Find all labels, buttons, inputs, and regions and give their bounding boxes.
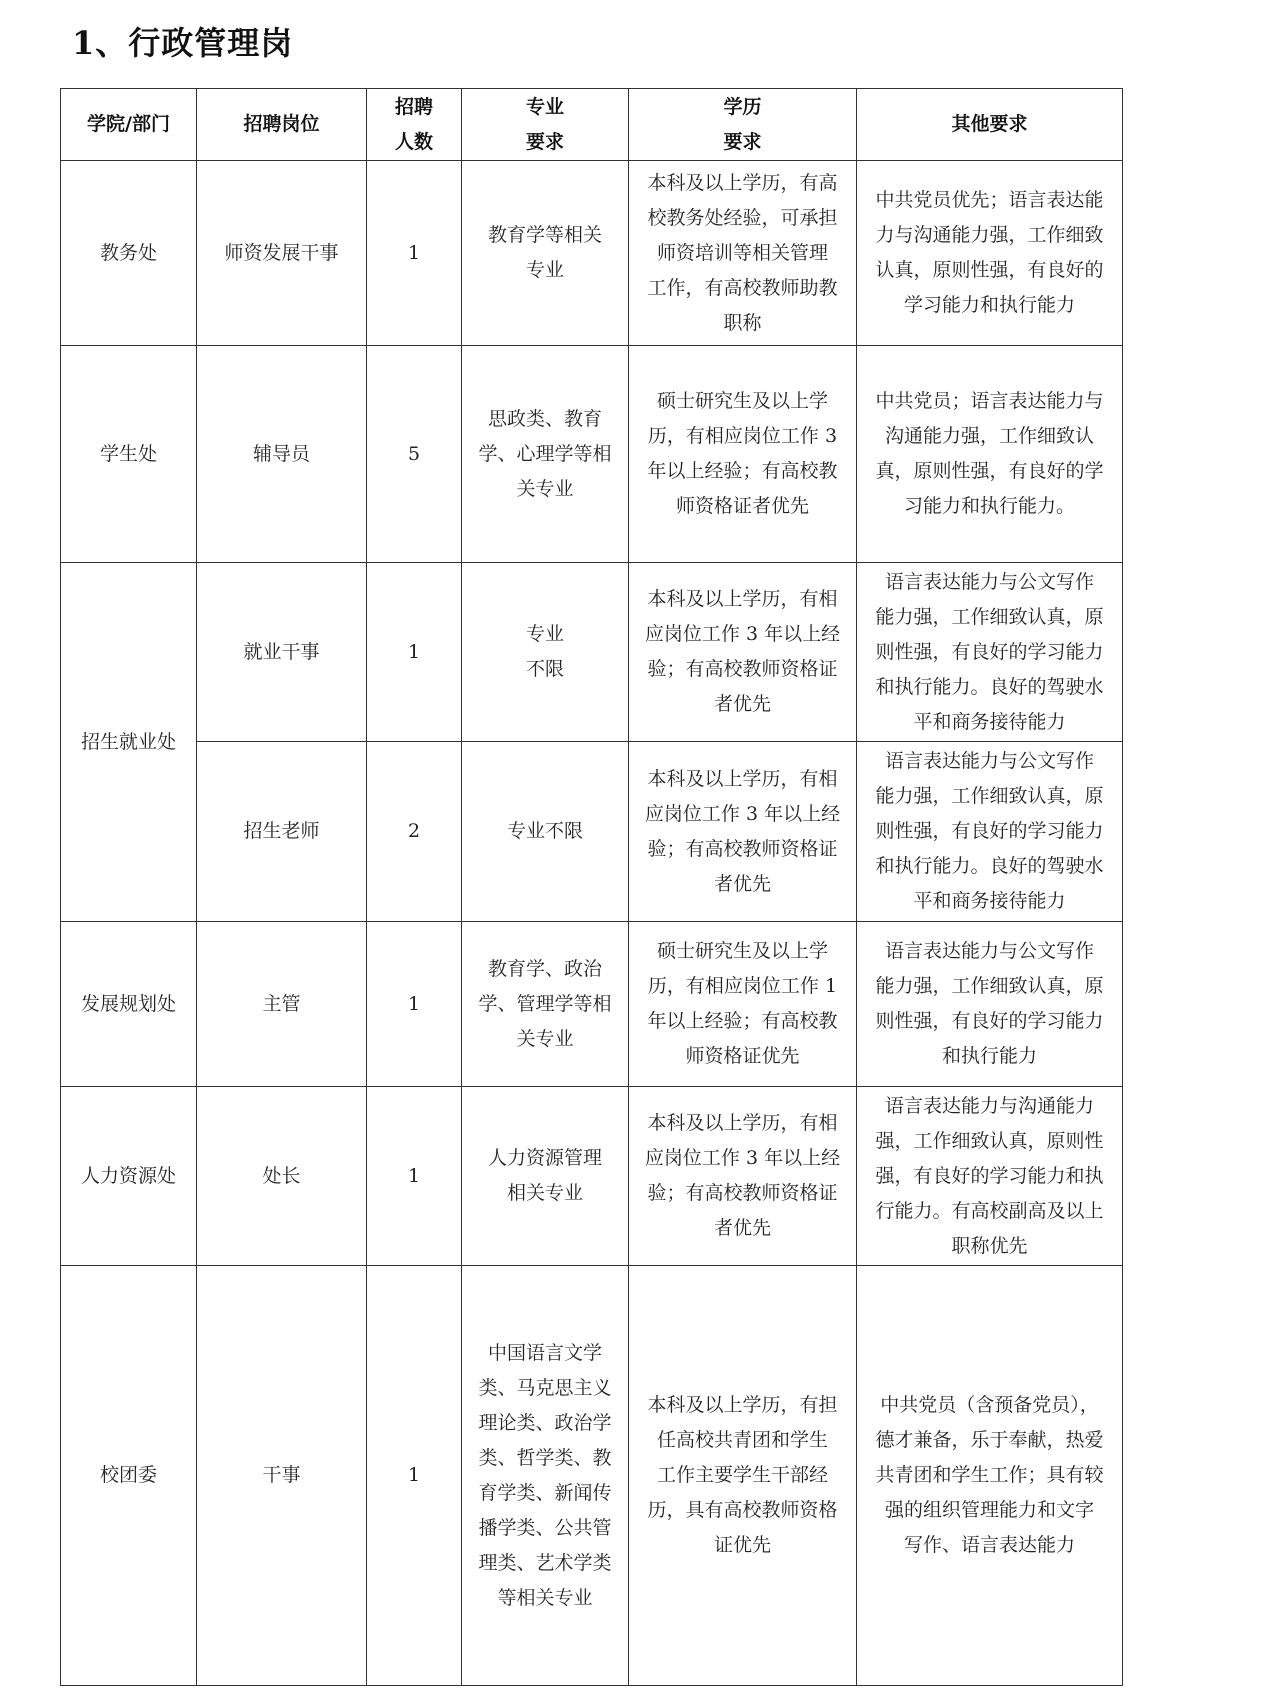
cell-education: 本科及以上学历，有相 应岗位工作 3 年以上经 验；有高校教师资格证 者优先 — [629, 1087, 857, 1266]
cell-count: 2 — [367, 742, 462, 922]
table-row: 发展规划处 主管 1 教育学、政治 学、管理学等相 关专业 硕士研究生及以上学 … — [61, 922, 1123, 1087]
table-row: 人力资源处 处长 1 人力资源管理 相关专业 本科及以上学历，有相 应岗位工作 … — [61, 1087, 1123, 1266]
cell-department: 发展规划处 — [61, 922, 197, 1087]
cell-position: 辅导员 — [197, 346, 367, 563]
cell-education: 硕士研究生及以上学 历，有相应岗位工作 1 年以上经验；有高校教 师资格证优先 — [629, 922, 857, 1087]
cell-count: 1 — [367, 1266, 462, 1686]
cell-department: 教务处 — [61, 161, 197, 346]
table-row: 招生就业处 就业干事 1 专业 不限 本科及以上学历，有相 应岗位工作 3 年以… — [61, 563, 1123, 742]
section-title: 1、行政管理岗 — [72, 18, 293, 64]
cell-department: 招生就业处 — [61, 563, 197, 922]
header-other: 其他要求 — [857, 89, 1123, 161]
cell-other: 语言表达能力与沟通能力 强，工作细致认真，原则性 强，有良好的学习能力和执 行能… — [857, 1087, 1123, 1266]
recruitment-table: 学院/部门 招聘岗位 招聘 人数 专业 要求 学历 要求 其他要求 教务处 师资… — [60, 88, 1123, 1686]
table-header-row: 学院/部门 招聘岗位 招聘 人数 专业 要求 学历 要求 其他要求 — [61, 89, 1123, 161]
cell-other: 中共党员优先；语言表达能 力与沟通能力强，工作细致 认真，原则性强，有良好的 学… — [857, 161, 1123, 346]
cell-major: 思政类、教育 学、心理学等相 关专业 — [462, 346, 629, 563]
cell-major: 人力资源管理 相关专业 — [462, 1087, 629, 1266]
header-major: 专业 要求 — [462, 89, 629, 161]
cell-position: 干事 — [197, 1266, 367, 1686]
cell-department: 人力资源处 — [61, 1087, 197, 1266]
table-row: 教务处 师资发展干事 1 教育学等相关 专业 本科及以上学历，有高 校教务处经验… — [61, 161, 1123, 346]
header-department: 学院/部门 — [61, 89, 197, 161]
cell-other: 语言表达能力与公文写作 能力强，工作细致认真，原 则性强，有良好的学习能力 和执… — [857, 742, 1123, 922]
cell-count: 1 — [367, 922, 462, 1087]
cell-department: 校团委 — [61, 1266, 197, 1686]
cell-department: 学生处 — [61, 346, 197, 563]
cell-count: 5 — [367, 346, 462, 563]
cell-education: 本科及以上学历，有相 应岗位工作 3 年以上经 验；有高校教师资格证 者优先 — [629, 742, 857, 922]
cell-other: 语言表达能力与公文写作 能力强，工作细致认真，原 则性强，有良好的学习能力 和执… — [857, 922, 1123, 1087]
cell-position: 主管 — [197, 922, 367, 1087]
cell-education: 本科及以上学历，有相 应岗位工作 3 年以上经 验；有高校教师资格证 者优先 — [629, 563, 857, 742]
cell-major: 专业 不限 — [462, 563, 629, 742]
cell-count: 1 — [367, 161, 462, 346]
cell-other: 中共党员；语言表达能力与 沟通能力强，工作细致认 真，原则性强，有良好的学 习能… — [857, 346, 1123, 563]
cell-education: 本科及以上学历，有担 任高校共青团和学生 工作主要学生干部经 历，具有高校教师资… — [629, 1266, 857, 1686]
cell-count: 1 — [367, 1087, 462, 1266]
table-row: 招生老师 2 专业不限 本科及以上学历，有相 应岗位工作 3 年以上经 验；有高… — [61, 742, 1123, 922]
header-count: 招聘 人数 — [367, 89, 462, 161]
cell-position: 就业干事 — [197, 563, 367, 742]
table-row: 校团委 干事 1 中国语言文学 类、马克思主义 理论类、政治学 类、哲学类、教 … — [61, 1266, 1123, 1686]
table-row: 学生处 辅导员 5 思政类、教育 学、心理学等相 关专业 硕士研究生及以上学 历… — [61, 346, 1123, 563]
cell-major: 专业不限 — [462, 742, 629, 922]
cell-other: 语言表达能力与公文写作 能力强，工作细致认真，原 则性强，有良好的学习能力 和执… — [857, 563, 1123, 742]
cell-major: 教育学、政治 学、管理学等相 关专业 — [462, 922, 629, 1087]
header-position: 招聘岗位 — [197, 89, 367, 161]
cell-position: 师资发展干事 — [197, 161, 367, 346]
cell-position: 处长 — [197, 1087, 367, 1266]
cell-education: 本科及以上学历，有高 校教务处经验，可承担 师资培训等相关管理 工作，有高校教师… — [629, 161, 857, 346]
cell-position: 招生老师 — [197, 742, 367, 922]
cell-major: 中国语言文学 类、马克思主义 理论类、政治学 类、哲学类、教 育学类、新闻传 播… — [462, 1266, 629, 1686]
cell-education: 硕士研究生及以上学 历，有相应岗位工作 3 年以上经验；有高校教 师资格证者优先 — [629, 346, 857, 563]
cell-count: 1 — [367, 563, 462, 742]
header-education: 学历 要求 — [629, 89, 857, 161]
cell-other: 中共党员（含预备党员）， 德才兼备，乐于奉献，热爱 共青团和学生工作；具有较 强… — [857, 1266, 1123, 1686]
cell-major: 教育学等相关 专业 — [462, 161, 629, 346]
